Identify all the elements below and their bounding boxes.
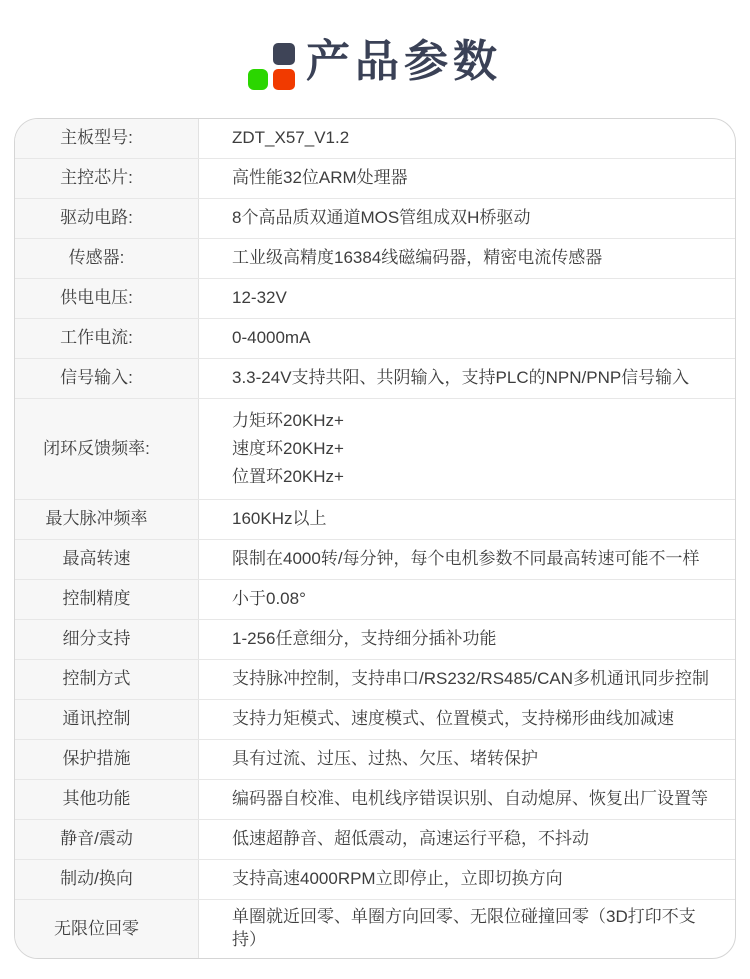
row-value: 小于0.08° bbox=[199, 580, 735, 619]
row-label: 静音/震动 bbox=[15, 820, 199, 859]
row-label: 最大脉冲频率 bbox=[15, 500, 199, 539]
row-value: 力矩环20KHz+速度环20KHz+位置环20KHz+ bbox=[199, 399, 735, 499]
row-value-line: 速度环20KHz+ bbox=[232, 435, 713, 463]
row-value: 12-32V bbox=[199, 279, 735, 318]
row-label: 控制精度 bbox=[15, 580, 199, 619]
row-value-line: 位置环20KHz+ bbox=[232, 463, 713, 491]
row-value: ZDT_X57_V1.2 bbox=[199, 119, 735, 158]
logo-square-green-icon bbox=[248, 69, 268, 90]
row-value: 0-4000mA bbox=[199, 319, 735, 358]
row-label: 最高转速 bbox=[15, 540, 199, 579]
row-value: 支持高速4000RPM立即停止，立即切换方向 bbox=[199, 860, 735, 899]
row-value: 编码器自校准、电机线序错误识别、自动熄屏、恢复出厂设置等 bbox=[199, 780, 735, 819]
row-label: 驱动电路: bbox=[15, 199, 199, 238]
row-label: 制动/换向 bbox=[15, 860, 199, 899]
row-value: 低速超静音、超低震动，高速运行平稳，不抖动 bbox=[199, 820, 735, 859]
row-value: 单圈就近回零、单圈方向回零、无限位碰撞回零（3D打印不支持） bbox=[199, 900, 735, 958]
table-row: 传感器:工业级高精度16384线磁编码器，精密电流传感器 bbox=[15, 238, 735, 278]
row-label: 闭环反馈频率: bbox=[15, 399, 199, 499]
row-label: 保护措施 bbox=[15, 740, 199, 779]
row-label: 其他功能 bbox=[15, 780, 199, 819]
row-label: 主控芯片: bbox=[15, 159, 199, 198]
row-label: 信号输入: bbox=[15, 359, 199, 398]
row-label: 控制方式 bbox=[15, 660, 199, 699]
table-row: 其他功能编码器自校准、电机线序错误识别、自动熄屏、恢复出厂设置等 bbox=[15, 779, 735, 819]
row-value: 1-256任意细分，支持细分插补功能 bbox=[199, 620, 735, 659]
table-row: 闭环反馈频率:力矩环20KHz+速度环20KHz+位置环20KHz+ bbox=[15, 398, 735, 499]
row-value: 支持力矩模式、速度模式、位置模式，支持梯形曲线加减速 bbox=[199, 700, 735, 739]
row-value: 限制在4000转/每分钟，每个电机参数不同最高转速可能不一样 bbox=[199, 540, 735, 579]
row-value: 支持脉冲控制，支持串口/RS232/RS485/CAN多机通讯同步控制 bbox=[199, 660, 735, 699]
row-label: 传感器: bbox=[15, 239, 199, 278]
row-label: 供电电压: bbox=[15, 279, 199, 318]
table-row: 控制精度小于0.08° bbox=[15, 579, 735, 619]
three-squares-logo-icon bbox=[248, 43, 295, 90]
row-value: 工业级高精度16384线磁编码器，精密电流传感器 bbox=[199, 239, 735, 278]
row-value: 160KHz以上 bbox=[199, 500, 735, 539]
row-label: 细分支持 bbox=[15, 620, 199, 659]
table-row: 无限位回零单圈就近回零、单圈方向回零、无限位碰撞回零（3D打印不支持） bbox=[15, 899, 735, 958]
row-value: 高性能32位ARM处理器 bbox=[199, 159, 735, 198]
table-row: 主控芯片:高性能32位ARM处理器 bbox=[15, 158, 735, 198]
row-value: 具有过流、过压、过热、欠压、堵转保护 bbox=[199, 740, 735, 779]
table-row: 主板型号:ZDT_X57_V1.2 bbox=[15, 119, 735, 158]
table-row: 信号输入:3.3-24V支持共阳、共阴输入，支持PLC的NPN/PNP信号输入 bbox=[15, 358, 735, 398]
table-row: 控制方式支持脉冲控制，支持串口/RS232/RS485/CAN多机通讯同步控制 bbox=[15, 659, 735, 699]
table-row: 保护措施具有过流、过压、过热、欠压、堵转保护 bbox=[15, 739, 735, 779]
logo-square-dark-icon bbox=[273, 43, 295, 65]
page-header: 产品参数 bbox=[0, 32, 750, 92]
table-row: 最大脉冲频率160KHz以上 bbox=[15, 499, 735, 539]
table-row: 静音/震动低速超静音、超低震动，高速运行平稳，不抖动 bbox=[15, 819, 735, 859]
logo-square-red-icon bbox=[273, 69, 295, 90]
row-label: 工作电流: bbox=[15, 319, 199, 358]
page-title: 产品参数 bbox=[306, 38, 502, 86]
table-row: 工作电流:0-4000mA bbox=[15, 318, 735, 358]
table-row: 通讯控制支持力矩模式、速度模式、位置模式，支持梯形曲线加减速 bbox=[15, 699, 735, 739]
row-label: 主板型号: bbox=[15, 119, 199, 158]
table-row: 制动/换向支持高速4000RPM立即停止，立即切换方向 bbox=[15, 859, 735, 899]
table-row: 供电电压:12-32V bbox=[15, 278, 735, 318]
table-row: 细分支持1-256任意细分，支持细分插补功能 bbox=[15, 619, 735, 659]
table-row: 驱动电路:8个高品质双通道MOS管组成双H桥驱动 bbox=[15, 198, 735, 238]
row-label: 通讯控制 bbox=[15, 700, 199, 739]
row-value: 3.3-24V支持共阳、共阴输入，支持PLC的NPN/PNP信号输入 bbox=[199, 359, 735, 398]
row-value: 8个高品质双通道MOS管组成双H桥驱动 bbox=[199, 199, 735, 238]
row-value-line: 力矩环20KHz+ bbox=[232, 407, 713, 435]
spec-table: 主板型号:ZDT_X57_V1.2主控芯片:高性能32位ARM处理器驱动电路:8… bbox=[14, 118, 736, 959]
table-row: 最高转速限制在4000转/每分钟，每个电机参数不同最高转速可能不一样 bbox=[15, 539, 735, 579]
row-label: 无限位回零 bbox=[15, 900, 199, 958]
